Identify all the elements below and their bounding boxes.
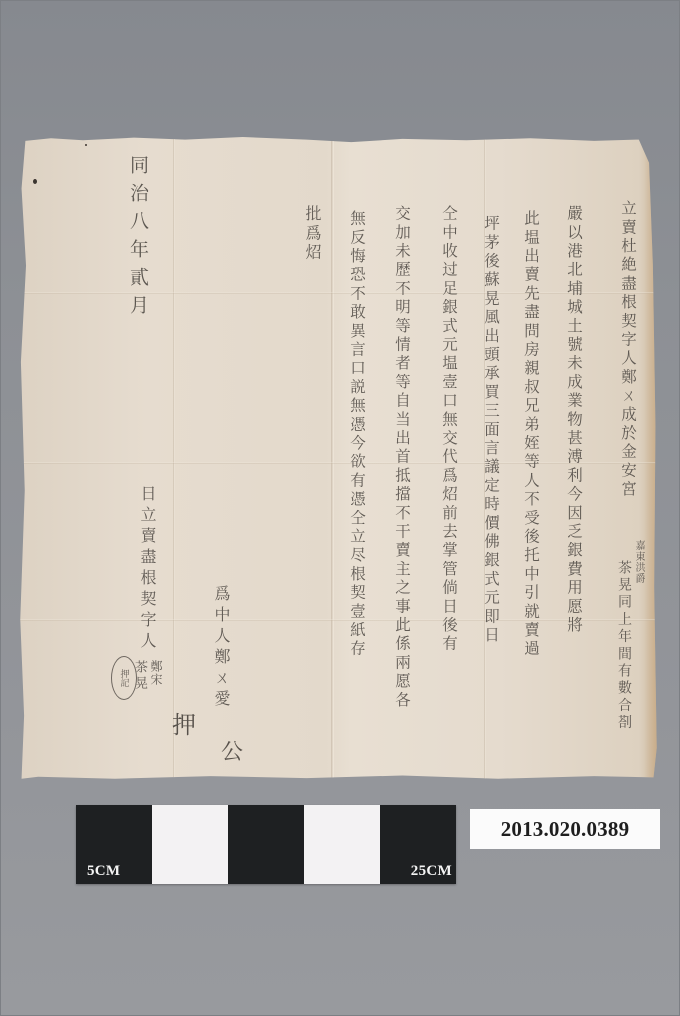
body-column-1: 立賣杜絶盡根契字人鄭ㄨ成於金安宮: [617, 200, 639, 499]
paper-edge-discoloration: [644, 137, 658, 780]
scale-segment: 5CM: [76, 805, 152, 884]
body-column-2: 嚴以港北埔城土號未成業物甚溥利今因乏銀費用愿將: [563, 205, 585, 635]
scale-segment: [304, 805, 380, 884]
scale-label-25cm: 25CM: [411, 863, 452, 880]
seal-stamp: 押記: [111, 656, 137, 700]
date-line: 同治八年貳月: [125, 155, 152, 323]
scale-segment: 25CM: [380, 805, 456, 884]
middleman-mark: 公: [221, 735, 243, 766]
body-column-3: 此塭出賣先盡問房親叔兄弟姪等人不受後托中引就賣過: [520, 210, 542, 659]
fold-line-vertical: [173, 137, 175, 780]
witness-prefix: 鄭宋: [148, 660, 165, 686]
body-column-4: 坪茅後蘇晃風出頭承買三面言議定時價佛銀式元即日: [480, 215, 502, 645]
fold-line-center: [331, 137, 334, 780]
scale-label-5cm: 5CM: [87, 863, 120, 880]
body-column-6: 交加未歷不明等情者等自当出首抵擋不干賣主之事此係兩愿各: [391, 205, 413, 710]
body-column-5: 仝中收过足銀式元塭壹口無交代爲炤前去掌管倘日後有: [438, 205, 460, 654]
body-column-7: 無反悔恐不敢異言口説無憑今欲有憑仝立尽根契壹紙存: [346, 210, 368, 659]
signatory-column: 日立賣盡根契字人: [136, 485, 159, 653]
scale-bar: 5CM 25CM: [76, 805, 456, 884]
middleman-line: 爲中人鄭ㄨ愛: [210, 585, 233, 711]
accession-number-label: 2013.020.0389: [470, 809, 660, 849]
body-column-1b: 茶晃同上年間有數合剳: [614, 560, 634, 732]
signatory-mark: 押: [172, 705, 196, 740]
attestation-text: 批爲炤: [301, 205, 324, 263]
ink-spot: [85, 144, 87, 146]
ink-spot: [33, 179, 37, 184]
scale-segment: [152, 805, 228, 884]
scale-segment: [228, 805, 304, 884]
